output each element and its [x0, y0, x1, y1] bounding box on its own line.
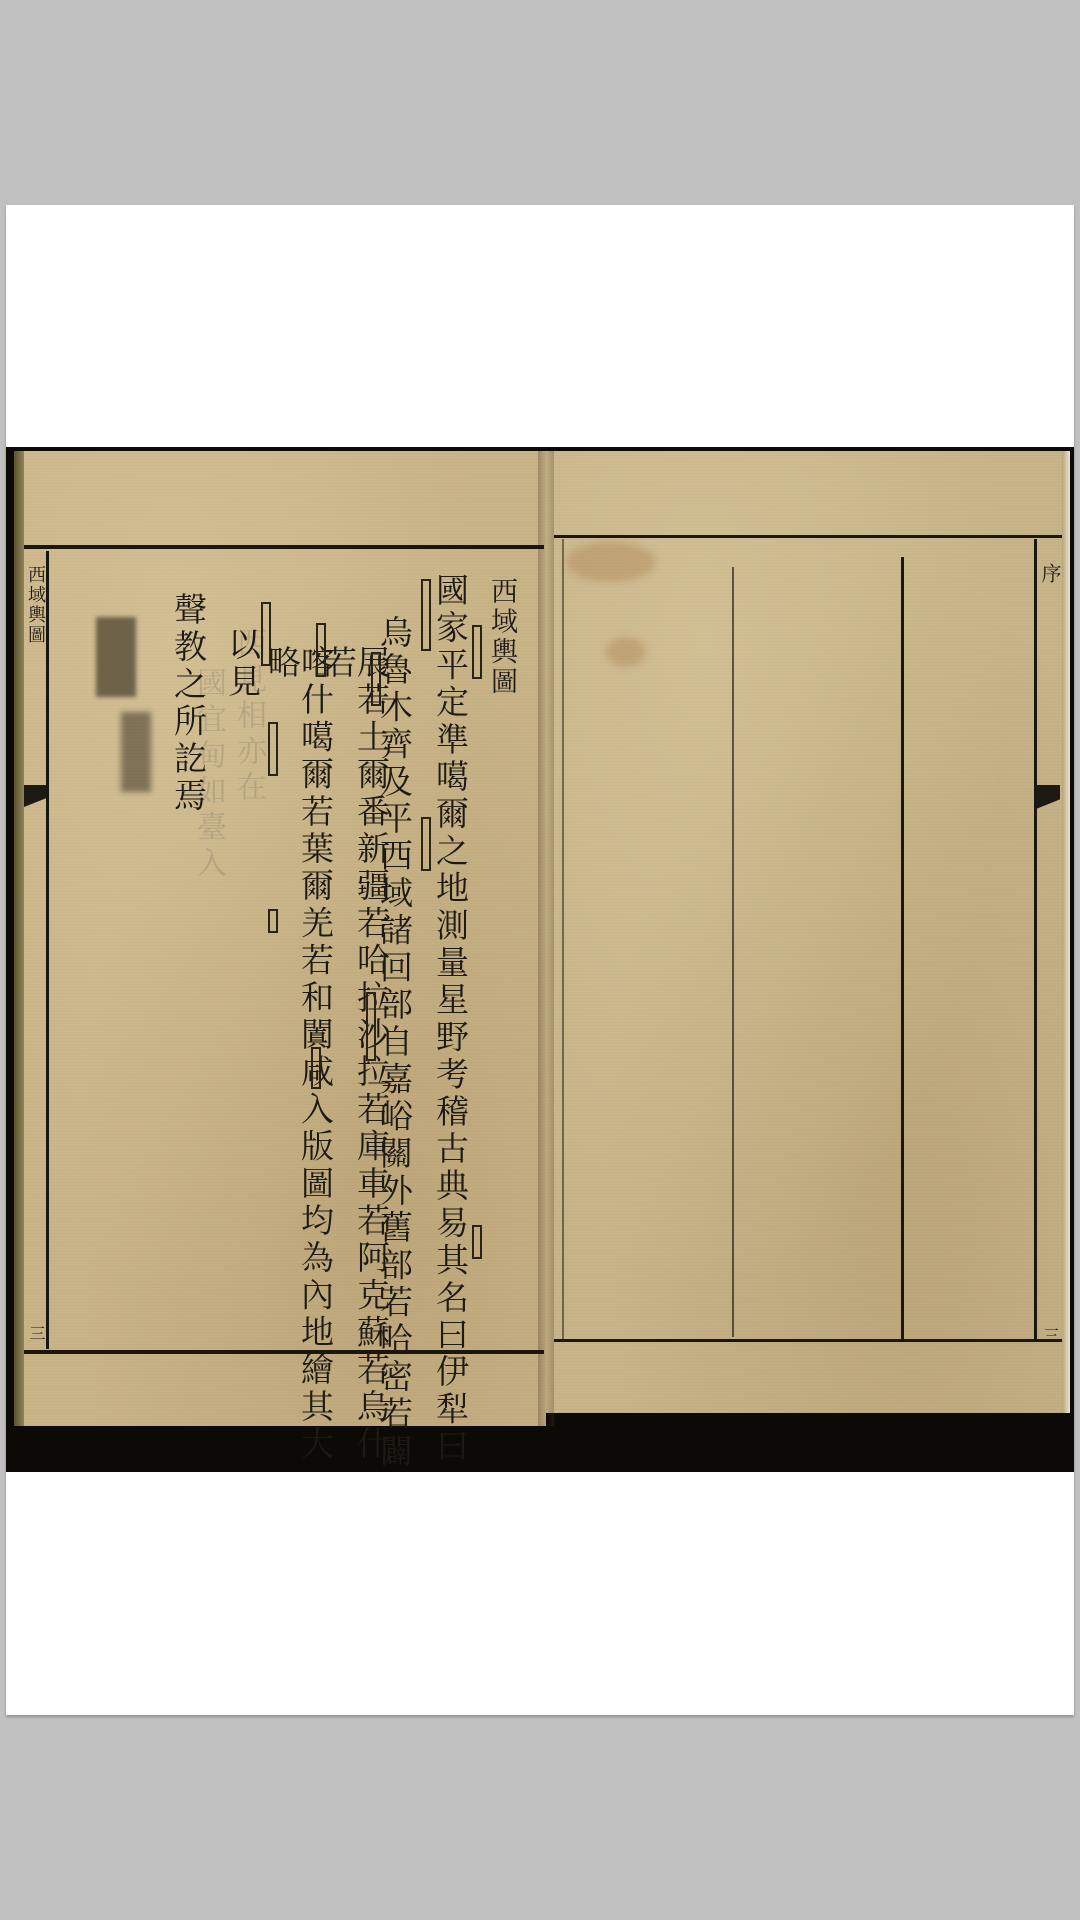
column-line	[901, 557, 904, 1339]
honorific-bracket	[421, 817, 431, 871]
stain	[566, 542, 656, 582]
honorific-bracket	[472, 1225, 482, 1259]
column-line	[732, 567, 734, 1337]
text-column-5: 以見	[226, 627, 259, 701]
top-border-line-right	[554, 535, 1062, 538]
honorific-bracket	[311, 1047, 321, 1089]
margin-column-line-right	[1034, 539, 1037, 1339]
honorific-bracket	[268, 722, 278, 776]
honorific-bracket	[261, 602, 271, 666]
left-book-edge	[14, 451, 24, 1426]
margin-title-right: 序	[1040, 563, 1060, 585]
honorific-bracket	[268, 909, 278, 933]
ink-smudge	[121, 712, 151, 792]
right-book-edge	[1062, 451, 1070, 1413]
section-heading: 西域輿圖	[488, 577, 515, 697]
margin-column-line	[46, 551, 49, 1349]
honorific-bracket	[316, 623, 326, 677]
bottom-border-line-right	[554, 1339, 1062, 1342]
margin-page-number: 三	[28, 1325, 44, 1343]
honorific-bracket	[421, 579, 431, 651]
honorific-bracket	[371, 652, 381, 706]
ink-smudge	[96, 617, 136, 697]
stain	[606, 637, 646, 667]
column-line	[562, 539, 564, 1339]
margin-title: 西域輿圖	[26, 565, 44, 645]
top-border-line	[24, 545, 544, 549]
text-column-6: 聲教之所訖焉	[172, 592, 205, 815]
book-gutter	[538, 451, 554, 1426]
book-scan-image: 西域輿圖 三 國宜甸如臺入 西見相亦在 西域輿圖 國家平定準噶爾之地測量星野考稽…	[6, 447, 1074, 1472]
right-leaf	[546, 451, 1070, 1413]
honorific-bracket	[472, 625, 482, 679]
margin-page-number-right: 三	[1042, 1327, 1058, 1345]
document-page: 西域輿圖 三 國宜甸如臺入 西見相亦在 西域輿圖 國家平定準噶爾之地測量星野考稽…	[6, 205, 1074, 1715]
honorific-bracket	[366, 992, 376, 1061]
text-column-1: 國家平定準噶爾之地測量星野考稽古典易其名曰伊犁曰	[434, 573, 467, 1466]
